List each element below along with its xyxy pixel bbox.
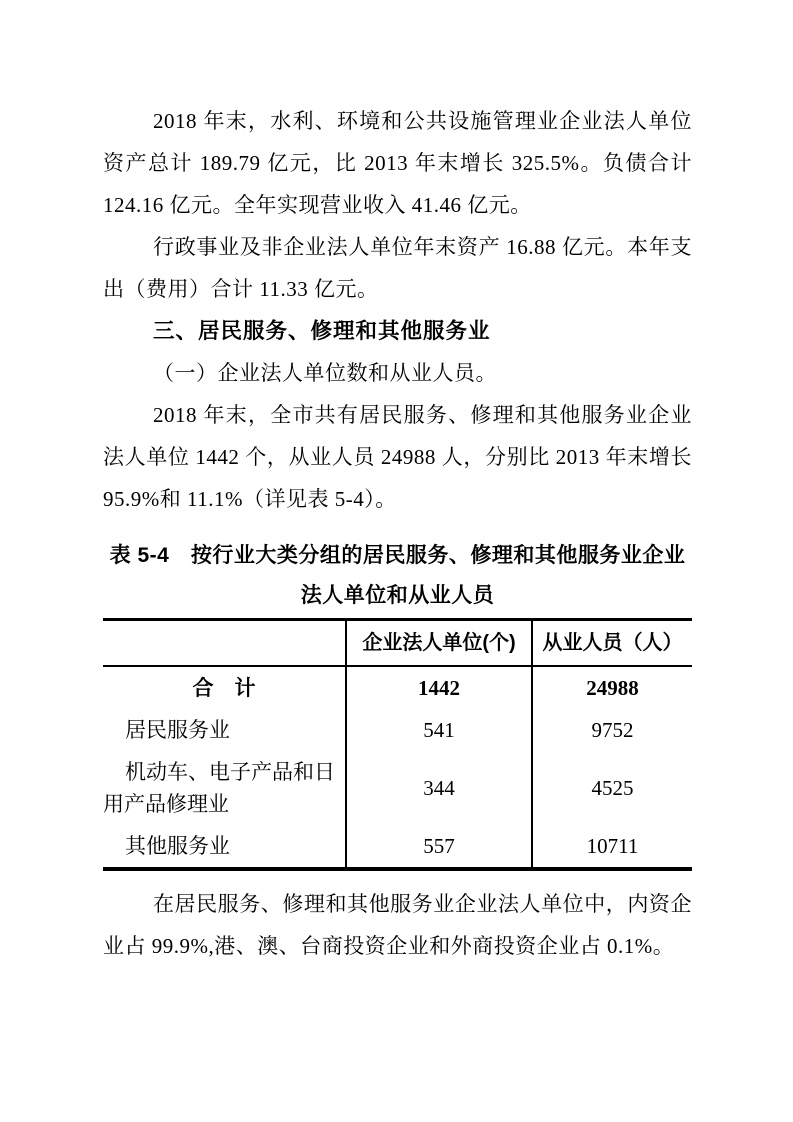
row-label: 居民服务业 <box>103 709 346 751</box>
row-label: 机动车、电子产品和日用产品修理业 <box>103 751 346 825</box>
row-label: 其他服务业 <box>103 825 346 869</box>
table-row: 机动车、电子产品和日用产品修理业 344 4525 <box>103 751 692 825</box>
table-title: 表 5-4 按行业大类分组的居民服务、修理和其他服务业企业 法人单位和从业人员 <box>103 536 692 616</box>
row-units-value: 557 <box>346 825 532 869</box>
table-row: 居民服务业 541 9752 <box>103 709 692 751</box>
paragraph-overview: 2018 年末，全市共有居民服务、修理和其他服务业企业法人单位 1442 个，从… <box>103 394 692 520</box>
row-units-value: 1442 <box>346 666 532 709</box>
industry-stats-table: 企业法人单位(个) 从业人员（人） 合 计 1442 24988 居民服务业 5… <box>103 618 692 871</box>
row-units-value: 541 <box>346 709 532 751</box>
header-cell-industry <box>103 620 346 667</box>
table-row: 合 计 1442 24988 <box>103 666 692 709</box>
table-header-row: 企业法人单位(个) 从业人员（人） <box>103 620 692 667</box>
row-employees-value: 10711 <box>532 825 692 869</box>
table-title-line1: 表 5-4 按行业大类分组的居民服务、修理和其他服务业企业 <box>103 536 692 576</box>
paragraph-assets: 2018 年末，水利、环境和公共设施管理业企业法人单位资产总计 189.79 亿… <box>103 100 692 226</box>
row-label: 合 计 <box>103 666 346 709</box>
table-title-line2: 法人单位和从业人员 <box>103 576 692 616</box>
table-row: 其他服务业 557 10711 <box>103 825 692 869</box>
paragraph-ownership: 在居民服务、修理和其他服务业企业法人单位中，内资企业占 99.9%,港、澳、台商… <box>103 883 692 967</box>
document-page: 2018 年末，水利、环境和公共设施管理业企业法人单位资产总计 189.79 亿… <box>0 0 793 1122</box>
row-employees-value: 4525 <box>532 751 692 825</box>
header-cell-employees: 从业人员（人） <box>532 620 692 667</box>
subsection-heading: （一）企业法人单位数和从业人员。 <box>103 352 692 394</box>
header-cell-units: 企业法人单位(个) <box>346 620 532 667</box>
row-employees-value: 24988 <box>532 666 692 709</box>
paragraph-admin-units: 行政事业及非企业法人单位年末资产 16.88 亿元。本年支出（费用）合计 11.… <box>103 226 692 310</box>
row-units-value: 344 <box>346 751 532 825</box>
section-heading: 三、居民服务、修理和其他服务业 <box>103 310 692 352</box>
row-employees-value: 9752 <box>532 709 692 751</box>
